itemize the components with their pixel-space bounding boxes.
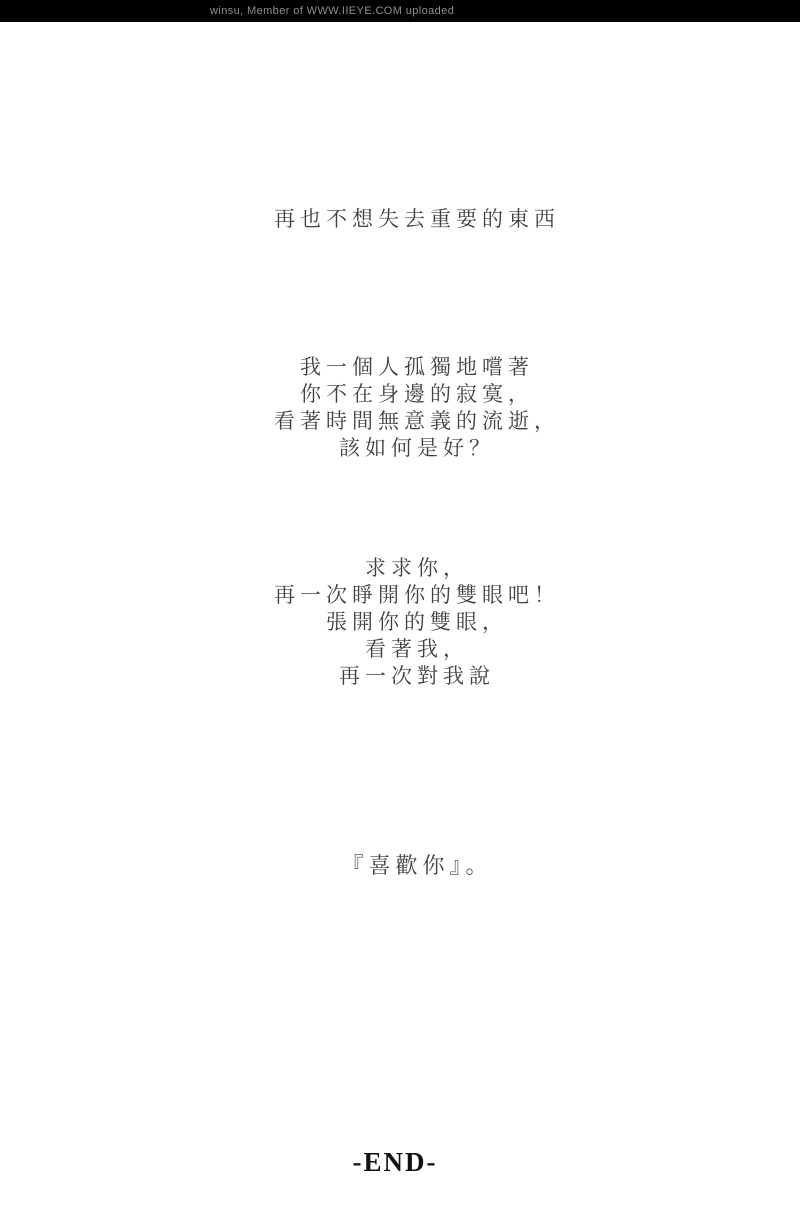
text-block-loneliness: 我一個人孤獨地嚐著 你不在身邊的寂寞， 看著時間無意義的流逝， 該如何是好？ <box>17 354 800 462</box>
text-line: 看著我， <box>17 636 800 663</box>
text-block-opening: 再也不想失去重要的東西 <box>17 206 800 233</box>
text-line: 『喜歡你』。 <box>17 852 800 879</box>
text-block-plea: 求求你， 再一次睜開你的雙眼吧！ 張開你的雙眼， 看著我， 再一次對我說 <box>17 555 800 690</box>
text-line: 張開你的雙眼， <box>17 609 800 636</box>
text-line: 再一次睜開你的雙眼吧！ <box>17 582 800 609</box>
text-line: 我一個人孤獨地嚐著 <box>17 354 800 381</box>
text-line: 求求你， <box>17 555 800 582</box>
uploader-credit-bar: winsu, Member of WWW.IIEYE.COM uploaded <box>0 0 800 22</box>
text-line: 你不在身邊的寂寞， <box>17 381 800 408</box>
text-line: 該如何是好？ <box>17 435 800 462</box>
text-line: 再一次對我說 <box>17 663 800 690</box>
end-label: -END- <box>0 1147 790 1178</box>
text-block-quote: 『喜歡你』。 <box>17 852 800 879</box>
uploader-credit-text: winsu, Member of WWW.IIEYE.COM uploaded <box>0 5 454 17</box>
text-line: 看著時間無意義的流逝， <box>17 408 800 435</box>
text-line: 再也不想失去重要的東西 <box>17 206 800 233</box>
